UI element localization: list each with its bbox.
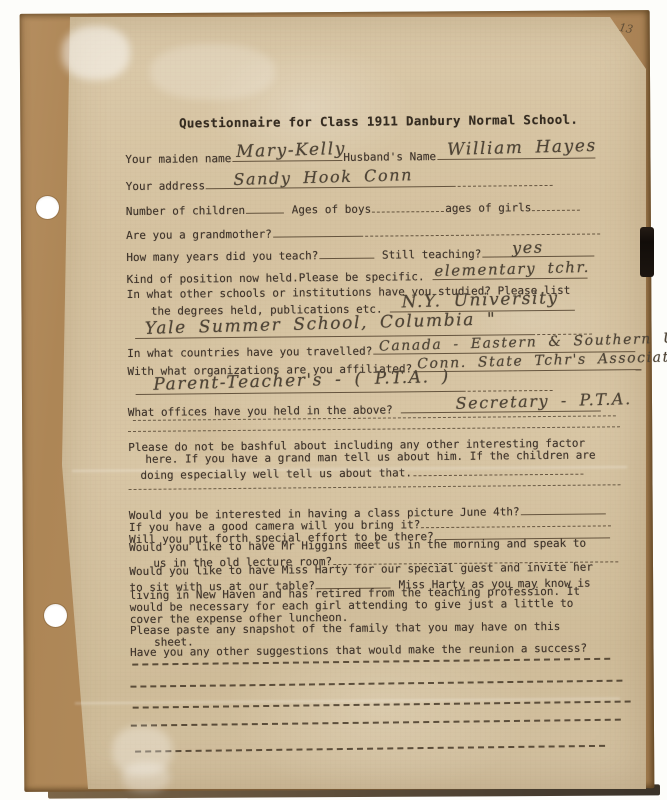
address-line: Your addressSandy Hook Conn xyxy=(126,172,555,193)
handwritten-answer: William Hayes xyxy=(447,136,597,160)
answer-blank xyxy=(365,220,600,236)
typed-text: Have you any other suggestions that woul… xyxy=(130,642,587,659)
answer-blank: elementary tchr. xyxy=(432,265,587,280)
answer-blank: Sandy Hook Conn xyxy=(206,173,456,189)
typed-text: Your maiden name xyxy=(125,152,231,166)
maiden-name-line: Your maiden nameMary-KellyHusband's Name… xyxy=(125,145,596,167)
divider-line xyxy=(128,426,620,432)
typed-text: Husband's Name xyxy=(343,150,436,164)
handwritten-answer: Mary-Kelly xyxy=(236,139,346,162)
typed-text: How many years did you teach? xyxy=(126,249,318,264)
note-line-3: doing especially well tell us about that… xyxy=(140,461,584,482)
typed-text: Kind of position now held.Please be spec… xyxy=(126,270,431,286)
answer-rule xyxy=(130,680,622,688)
typed-text: Are you a grandmother? xyxy=(126,228,272,242)
divider-line xyxy=(129,484,621,490)
typed-text: In what countries have you travelled? xyxy=(127,345,372,360)
answer-blank: Parent-Teacher's - ( P.T.A. ) xyxy=(136,378,466,395)
snapshot-line-1: Please paste any snapshot of the family … xyxy=(130,620,561,637)
children-line: Number of children Ages of boysages of g… xyxy=(126,197,582,218)
answer-blank xyxy=(246,200,284,214)
position-line: Kind of position now held.Please be spec… xyxy=(126,265,588,286)
answer-rule xyxy=(135,745,605,753)
handwritten-answer: Secretary - P.T.A. xyxy=(455,389,632,413)
answer-blank xyxy=(319,245,374,260)
answer-blank xyxy=(532,197,580,211)
handwritten-answer: N.Y. University xyxy=(402,288,560,312)
answer-blank: Secretary - P.T.A. xyxy=(400,397,600,413)
answer-blank: Mary-Kelly xyxy=(232,147,342,162)
title-line: Questionnaire for Class 1911 Danbury Nor… xyxy=(179,112,578,131)
handwritten-answer: elementary tchr. xyxy=(434,258,590,280)
form-lines: Questionnaire for Class 1911 Danbury Nor… xyxy=(0,0,663,1)
answer-blank xyxy=(372,198,444,213)
typed-text: Please paste any snapshot of the family … xyxy=(130,620,561,637)
typed-text: Questionnaire for Class 1911 Danbury Nor… xyxy=(179,112,578,131)
form-content: Questionnaire for Class 1911 Danbury Nor… xyxy=(0,0,667,800)
answer-rule xyxy=(132,658,610,666)
answer-blank xyxy=(458,172,553,187)
typed-text: Number of children xyxy=(126,204,245,218)
typed-text: ages of girls xyxy=(445,201,531,215)
answer-rule xyxy=(131,719,621,727)
typed-text: Your address xyxy=(126,179,206,193)
answer-blank: yes xyxy=(482,243,594,258)
answer-blank: William Hayes xyxy=(437,145,595,161)
typed-text: What offices have you held in the above? xyxy=(128,403,400,419)
suggestions-line: Have you any other suggestions that woul… xyxy=(130,642,587,659)
handwritten-answer: Sandy Hook Conn xyxy=(234,165,414,189)
answer-blank xyxy=(273,223,363,238)
typed-text: Still teaching? xyxy=(375,248,481,262)
answer-blank xyxy=(468,377,553,392)
typed-text: Ages of boys xyxy=(285,203,371,217)
handwritten-answer: yes xyxy=(512,237,544,257)
